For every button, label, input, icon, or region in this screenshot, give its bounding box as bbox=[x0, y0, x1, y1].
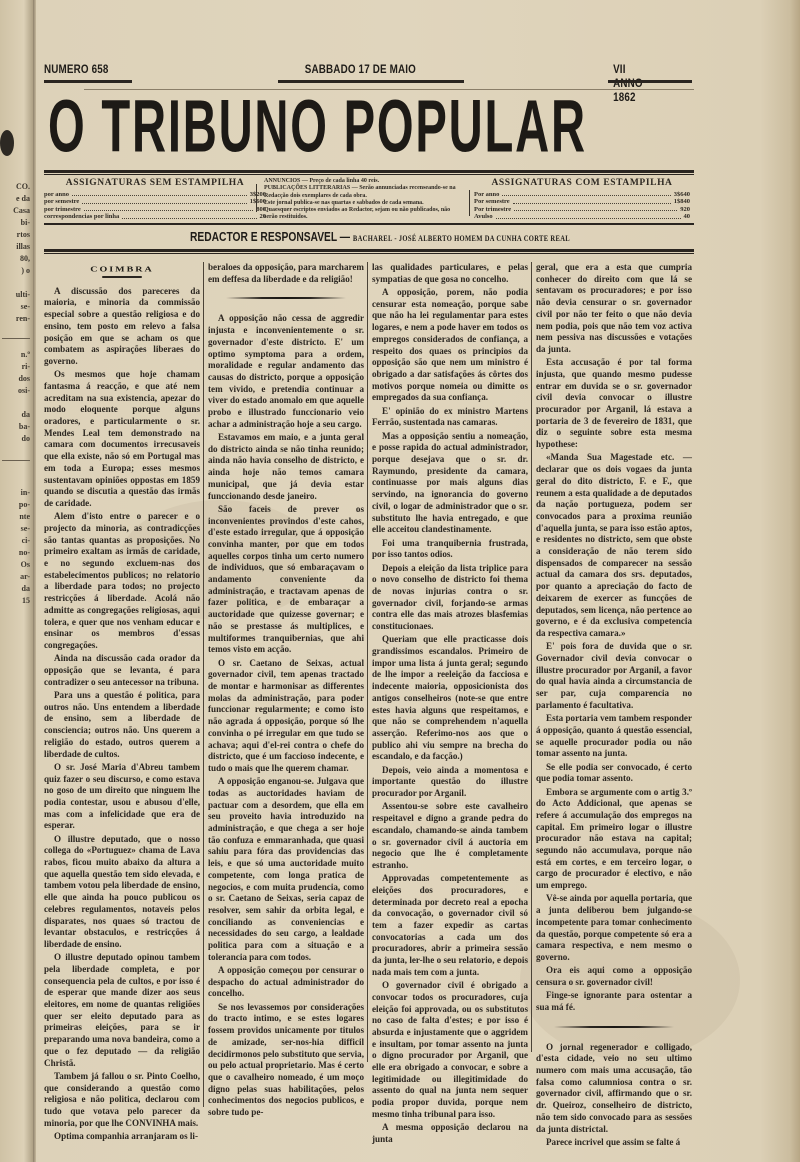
paragraph: Queriam que elle practicasse dois grandi… bbox=[372, 634, 528, 763]
paragraph: O illustre deputado opinou tambem pela l… bbox=[44, 952, 200, 1069]
paragraph: O jornal regenerador e colligado, d'esta… bbox=[536, 1042, 692, 1136]
paragraph: Esta accusação é por tal forma injusta, … bbox=[536, 357, 692, 451]
article-column-1: COIMBRA A discussão dos pareceres da mai… bbox=[44, 262, 200, 1144]
strip-fragment: n.º bbox=[0, 350, 30, 360]
manuscripts-note: Quaesquer escriptos enviados ao Redactor… bbox=[264, 207, 464, 222]
strip-fragment: Casa bbox=[0, 206, 30, 216]
subscriptions-with-stamp: ASSIGNATURAS COM ESTAMPILHA Por anno3$64… bbox=[474, 180, 690, 221]
price-label: por trimestre bbox=[44, 206, 81, 214]
strip-fragment: CO. bbox=[0, 182, 30, 192]
strip-rule bbox=[2, 338, 30, 339]
section-divider bbox=[536, 1022, 692, 1032]
column-separator bbox=[367, 262, 368, 1062]
price-row: Por anno3$640 bbox=[474, 191, 690, 199]
strip-fragment: ri- bbox=[0, 362, 30, 372]
paragraph: Depois a eleição da lista triplice para … bbox=[372, 563, 528, 633]
date-underline bbox=[278, 80, 464, 83]
strip-fragment: po- bbox=[0, 500, 30, 510]
quoted-decree: «Manda Sua Magestade etc. — declarar que… bbox=[536, 452, 692, 639]
strip-fragment: bi- bbox=[0, 218, 30, 228]
paragraph: A discussão dos pareceres da maioria, e … bbox=[44, 286, 200, 368]
price-label: Por trimestre bbox=[474, 206, 511, 214]
paragraph-continued: las qualidades particulares, e pelas sym… bbox=[372, 262, 528, 285]
strip-fragment: da bbox=[0, 410, 30, 420]
strip-fragment: no- bbox=[0, 548, 30, 558]
body-top-rule-thin bbox=[44, 253, 694, 254]
paragraph: O illustre deputado, que o nosso collega… bbox=[44, 834, 200, 951]
issue-number: NUMERO 658 bbox=[44, 62, 109, 76]
strip-fragment: osi- bbox=[0, 386, 30, 396]
paragraph: Finge-se ignorante para ostentar a sua m… bbox=[536, 990, 692, 1013]
paragraph: Mas a opposição sentiu a nomeação, e pos… bbox=[372, 431, 528, 536]
paragraph: Vê-se ainda por aquella portaria, que a … bbox=[536, 893, 692, 963]
paragraph: Optima companhia arranjaram os li- bbox=[44, 1131, 200, 1143]
paragraph: Assentou-se sobre este cavalheiro respei… bbox=[372, 801, 528, 871]
strip-fragment: ) o bbox=[0, 266, 30, 276]
adjacent-page-strip: CO. e da Casa bi- rtos illas 80, ) o ult… bbox=[0, 0, 34, 1162]
paragraph: Foi uma tranquibernia frustrada, por iss… bbox=[372, 538, 528, 561]
strip-fragment: do bbox=[0, 434, 30, 444]
paragraph: E' pois fora de duvida que o sr. Governa… bbox=[536, 641, 692, 711]
paragraph: A opposição começou por censurar o despa… bbox=[208, 965, 364, 1000]
article-column-3: las qualidades particulares, e pelas sym… bbox=[372, 262, 528, 1147]
column-separator bbox=[531, 262, 532, 1052]
price-label: correspondencias por linha bbox=[44, 213, 119, 221]
subscriptions-with-stamp-heading: ASSIGNATURAS COM ESTAMPILHA bbox=[474, 180, 690, 188]
body-top-rule bbox=[44, 249, 694, 252]
paragraph: E' opinião do ex ministro Martens Ferrão… bbox=[372, 406, 528, 429]
paragraph: Parece incrivel que assim se falte á bbox=[536, 1137, 692, 1149]
strip-fragment: nte bbox=[0, 512, 30, 522]
paragraph-continued: beraloes da opposição, para marcharem em… bbox=[208, 262, 364, 285]
newspaper-title: O TRIBUNO POPULAR bbox=[48, 94, 462, 159]
paragraph: Ainda na discussão cada orador da opposi… bbox=[44, 653, 200, 688]
literary-publications-note: PUBLICAÇÕES LITTERARIAS — Serão annuncia… bbox=[264, 185, 464, 200]
paragraph: A opposição, porem, não podia censurar e… bbox=[372, 287, 528, 404]
paragraph: A mesma opposição declarou na junta bbox=[372, 1122, 528, 1145]
paragraph: Depois, veio ainda a momentosa e importa… bbox=[372, 765, 528, 800]
subscriptions-without-stamp: ASSIGNATURAS SEM ESTAMPILHA por anno3$20… bbox=[44, 180, 266, 221]
price-row: por anno3$200 bbox=[44, 191, 266, 199]
strip-fragment: in- bbox=[0, 488, 30, 498]
paragraph: Alem d'isto entre o parecer e o projecto… bbox=[44, 511, 200, 651]
price-value: 3$640 bbox=[674, 191, 690, 199]
price-row: Avulso40 bbox=[474, 213, 690, 221]
price-row: Por trimestre920 bbox=[474, 206, 690, 214]
strip-fragment: se- bbox=[0, 302, 30, 312]
strip-fragment: Os bbox=[0, 560, 30, 570]
paragraph-continued: geral, que era a esta que cumpria conhec… bbox=[536, 262, 692, 356]
price-row: Por semestre1$840 bbox=[474, 198, 690, 206]
paragraph: Se elle podia ser convocado, é certo que… bbox=[536, 762, 692, 785]
section-divider bbox=[208, 293, 364, 303]
issue-date: SABBADO 17 DE MAIO bbox=[305, 62, 416, 76]
price-label: Por semestre bbox=[474, 198, 510, 206]
paragraph: Estavamos em maio, e a junta geral do di… bbox=[208, 432, 364, 502]
paragraph: A opposição não cessa de aggredir injust… bbox=[208, 313, 364, 430]
price-row: por trimestre800 bbox=[44, 206, 266, 214]
paragraph: O sr. José Maria d'Abreu tambem quiz faz… bbox=[44, 762, 200, 832]
paragraph: Para uns a questão é politica, para outr… bbox=[44, 690, 200, 760]
number-underline bbox=[44, 80, 132, 83]
header-rule bbox=[44, 223, 694, 225]
paragraph: Ora eis aqui como a opposição censura o … bbox=[536, 965, 692, 988]
paragraph: Embora se argumente com o artig 3.º do A… bbox=[536, 787, 692, 892]
price-label: Avulso bbox=[474, 213, 493, 221]
strip-fragment: illas bbox=[0, 242, 30, 252]
strip-fragment: ren- bbox=[0, 314, 30, 324]
section-heading: COIMBRA bbox=[44, 266, 200, 274]
strip-fragment: se- bbox=[0, 524, 30, 534]
issue-year: VII ANNO 1862 bbox=[613, 62, 643, 104]
newspaper-page: CO. e da Casa bi- rtos illas 80, ) o ult… bbox=[0, 0, 800, 1162]
article-column-4: geral, que era a esta que cumpria conhec… bbox=[536, 262, 692, 1150]
strip-fragment: rtos bbox=[0, 230, 30, 240]
strip-fragment: ulti- bbox=[0, 290, 30, 300]
section-heading-ornament bbox=[102, 276, 142, 278]
article-column-2: beraloes da opposição, para marcharem em… bbox=[208, 262, 364, 1120]
publication-schedule: Este jornal publica-se nas quartas e sab… bbox=[264, 200, 464, 207]
column-separator bbox=[203, 262, 204, 1107]
paragraph: Approvadas competentemente as eleições d… bbox=[372, 873, 528, 978]
price-value: 40 bbox=[684, 213, 691, 221]
strip-fragment: e da bbox=[0, 194, 30, 204]
strip-fragment: 80, bbox=[0, 254, 30, 264]
editor-line: REDACTOR E RESPONSAVEL — BACHAREL - JOSÉ… bbox=[190, 230, 570, 244]
editor-name: BACHAREL - JOSÉ ALBERTO HOMEM DA CUNHA C… bbox=[353, 234, 570, 243]
subscriptions-without-stamp-heading: ASSIGNATURAS SEM ESTAMPILHA bbox=[44, 180, 266, 188]
paragraph: São faceis de prever os inconvenientes p… bbox=[208, 504, 364, 656]
page-fold bbox=[33, 0, 36, 1162]
price-row: por semestre1$600 bbox=[44, 198, 266, 206]
announcements-notice: ANNUNCIOS — Preço de cada linha 40 reis.… bbox=[264, 178, 464, 222]
title-rule-thin bbox=[44, 174, 694, 175]
price-value: 1$840 bbox=[674, 198, 690, 206]
paragraph: A opposição enganou-se. Julgava que toda… bbox=[208, 776, 364, 963]
strip-fragment: ci- bbox=[0, 536, 30, 546]
paragraph: O sr. Caetano de Seixas, actual governad… bbox=[208, 658, 364, 775]
price-label: por semestre bbox=[44, 198, 79, 206]
year-underline bbox=[608, 80, 692, 83]
title-rule bbox=[44, 170, 694, 173]
price-row: correspondencias por linha20 bbox=[44, 213, 266, 221]
price-label: por anno bbox=[44, 191, 69, 199]
paragraph: Se nos levassemos por considerações do t… bbox=[208, 1002, 364, 1119]
strip-fragment: da bbox=[0, 584, 30, 594]
strip-fragment: 15 bbox=[0, 596, 30, 606]
strip-fragment: ba- bbox=[0, 422, 30, 432]
editor-label: REDACTOR E RESPONSAVEL — bbox=[190, 230, 350, 244]
strip-fragment: ar- bbox=[0, 572, 30, 582]
price-value: 920 bbox=[680, 206, 690, 214]
paragraph: Tambem já fallou o sr. Pinto Coelho, que… bbox=[44, 1071, 200, 1130]
strip-rule bbox=[2, 460, 30, 461]
paragraph: O governador civil é obrigado a convocar… bbox=[372, 980, 528, 1120]
price-label: Por anno bbox=[474, 191, 499, 199]
page-roundel bbox=[0, 130, 14, 156]
paragraph: Os mesmos que hoje chamam fantasma á rea… bbox=[44, 369, 200, 509]
strip-fragment: dos bbox=[0, 374, 30, 384]
paragraph: Esta portaria vem tambem responder á opp… bbox=[536, 713, 692, 760]
